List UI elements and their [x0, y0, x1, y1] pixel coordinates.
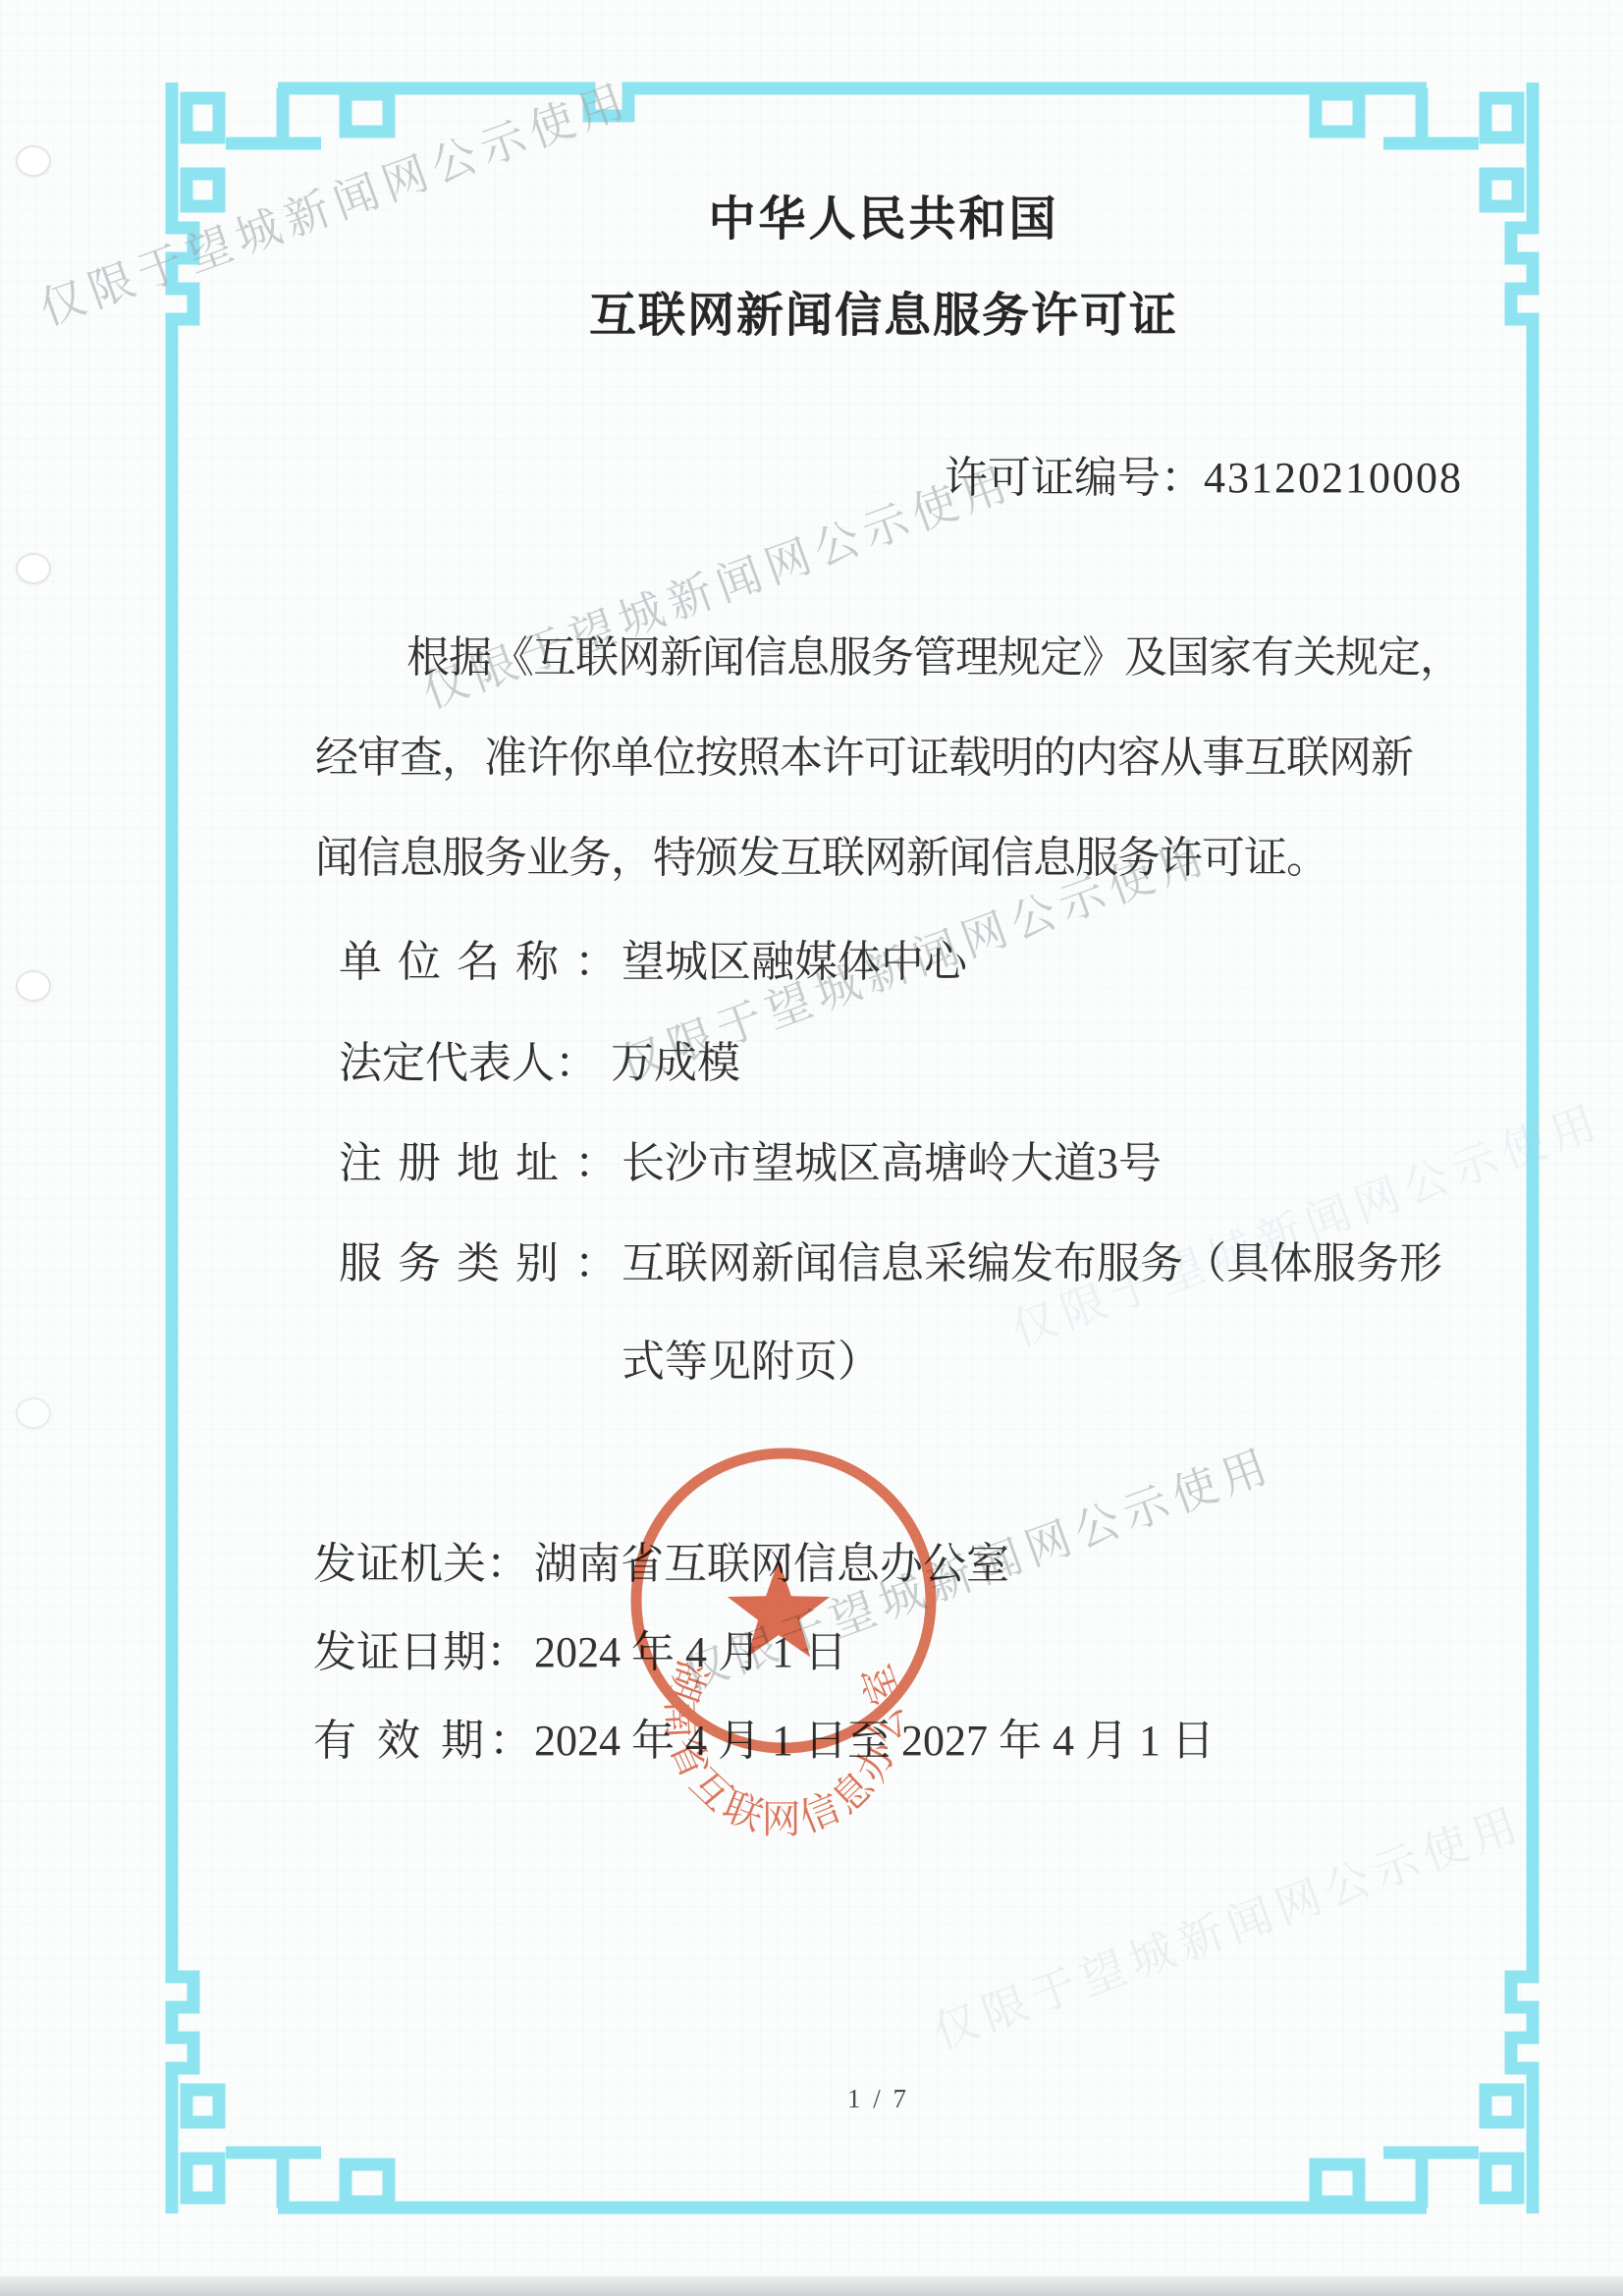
- border-top-line: [385, 88, 1320, 116]
- page-number: 1 / 7: [847, 2084, 909, 2114]
- watermark: 仅限于望城新闻网公示使用: [29, 64, 638, 339]
- license-title: 互联网新闻信息服务许可证: [589, 277, 1178, 345]
- license-number-label: 许可证编号：: [945, 454, 1204, 502]
- hole-punch: [16, 1397, 51, 1429]
- field-value-validity: 2024 年 4 月 1 日至 2027 年 4 月 1 日: [534, 1705, 1215, 1768]
- license-number-value: 43120210008: [1204, 454, 1463, 502]
- country-title: 中华人民共和国: [708, 181, 1058, 248]
- field-label-validity: 有 效 期：: [313, 1705, 537, 1768]
- seal-ring: [636, 1453, 931, 1748]
- body-line: 闻信息服务业务，特颁发互联网新闻信息服务许可证。: [315, 822, 1328, 885]
- license-document: 仅限于望城新闻网公示使用 仅限于望城新闻网公示使用 仅限于望城新闻网公示使用 仅…: [0, 0, 1623, 2296]
- body-line: 经审查，准许你单位按照本许可证载明的内容从事互联网新: [315, 722, 1413, 785]
- field-value-unit-name: 望城区融媒体中心: [622, 926, 967, 989]
- field-value-legal-rep: 万成模: [611, 1027, 740, 1090]
- field-label-service-category: 服务类别：: [339, 1228, 633, 1290]
- watermark-faint: 仅限于望城新闻网公示使用: [923, 1787, 1532, 2062]
- scan-edge-shadow: [0, 2276, 1623, 2296]
- hole-punch: [16, 145, 51, 177]
- field-label-issue-date: 发证日期：: [313, 1616, 529, 1679]
- field-value-issue-date: 2024 年 4 月 1 日: [534, 1616, 847, 1679]
- hole-punch: [16, 553, 51, 584]
- field-label-issuing-authority: 发证机关：: [313, 1528, 529, 1591]
- field-label-address: 注册地址：: [339, 1127, 633, 1190]
- field-value-address: 长沙市望城区高塘岭大道3号: [622, 1127, 1162, 1190]
- border-corner-ornament: [172, 82, 389, 358]
- field-value-service-category-line2: 式等见附页）: [622, 1326, 881, 1389]
- body-line: 根据《互联网新闻信息服务管理规定》及国家有关规定，: [406, 622, 1462, 684]
- field-label-legal-rep: 法定代表人：: [339, 1027, 598, 1090]
- hole-punch: [16, 970, 51, 1002]
- license-number-row: 许可证编号：43120210008: [945, 442, 1463, 505]
- field-value-service-category: 互联网新闻信息采编发布服务（具体服务形: [622, 1228, 1442, 1290]
- field-value-issuing-authority: 湖南省互联网信息办公室: [534, 1528, 1009, 1591]
- field-label-unit-name: 单位名称：: [339, 926, 633, 989]
